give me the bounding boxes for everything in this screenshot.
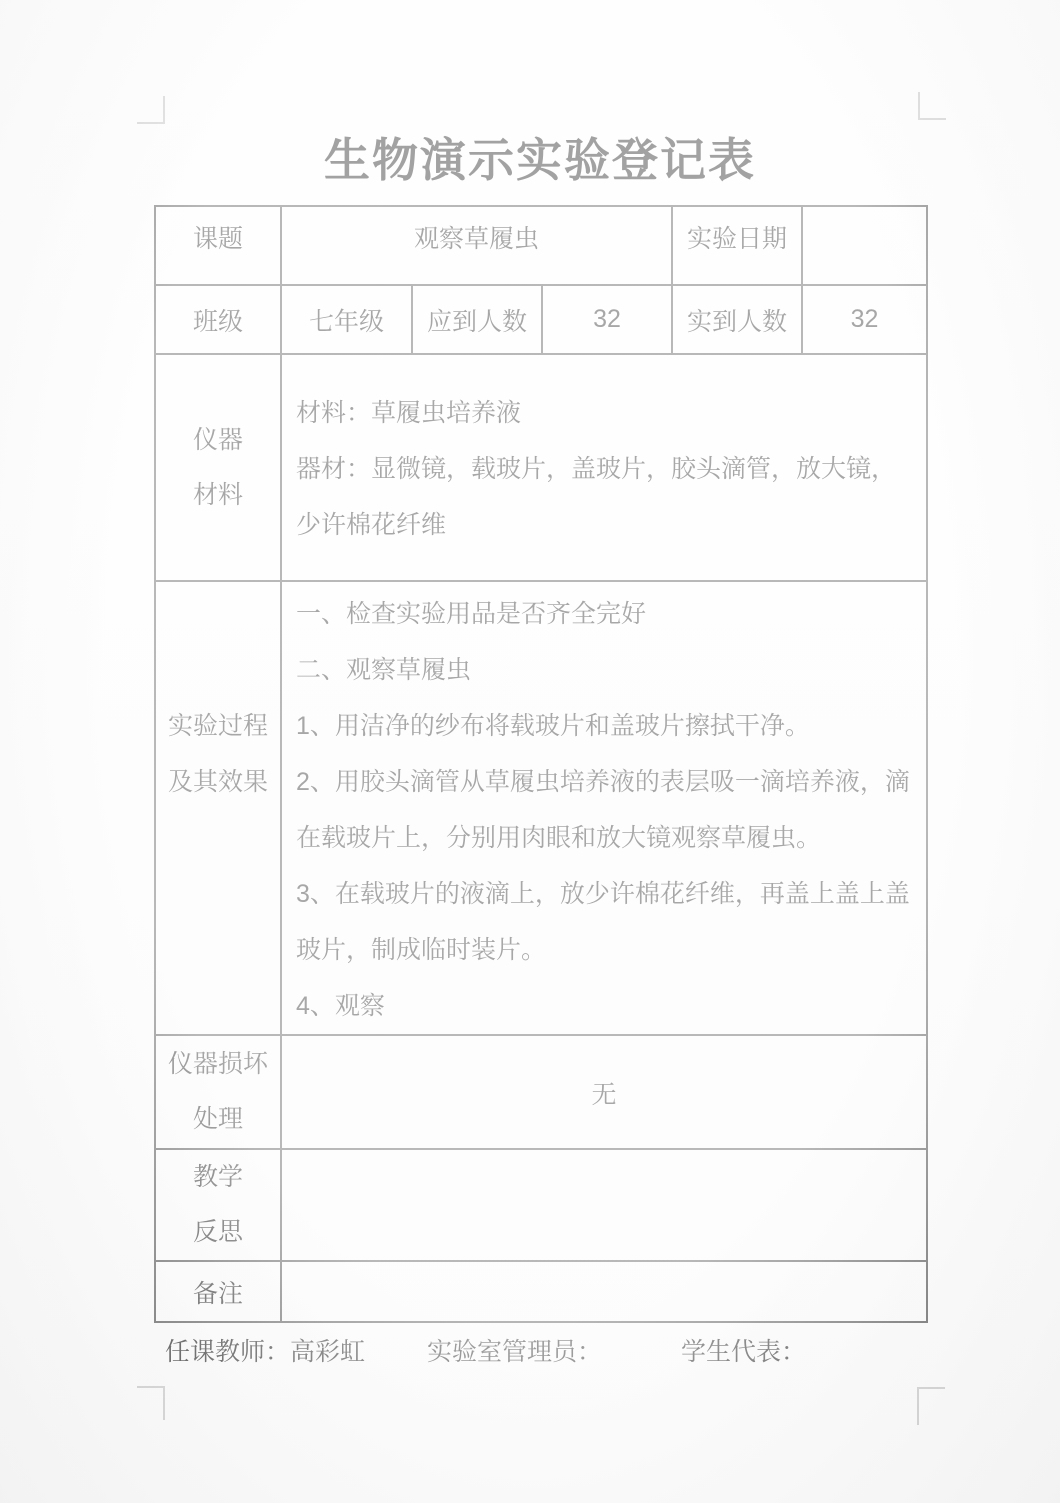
margin-crop-mark-bottom-right xyxy=(917,1387,945,1425)
expected-count-value: 32 xyxy=(543,305,671,334)
topic-label: 课题 xyxy=(156,219,280,273)
margin-crop-mark-bottom-left xyxy=(137,1386,165,1420)
table-row-topic: 课题 观察草履虫 实验日期 xyxy=(155,206,927,285)
materials-line: 器材：显微镜，载玻片，盖玻片，胶头滴管，放大镜， xyxy=(296,441,916,497)
process-content-cell: 一、检查实验用品是否齐全完好 二、观察草履虫 1、用洁净的纱布将载玻片和盖玻片擦… xyxy=(281,581,927,1035)
margin-crop-mark-top-right xyxy=(918,92,946,120)
topic-value-cell: 观察草履虫 xyxy=(281,206,672,285)
process-label-cell: 实验过程 及其效果 xyxy=(155,581,281,1035)
reflection-content-cell xyxy=(281,1149,927,1261)
experiment-date-value xyxy=(803,237,926,255)
expected-count-value-cell: 32 xyxy=(542,285,672,354)
remarks-content-cell xyxy=(281,1261,927,1322)
class-label: 班级 xyxy=(156,302,280,338)
process-line: 2、用胶头滴管从草履虫培养液的表层吸一滴培养液，滴 xyxy=(296,754,916,810)
table-row-class: 班级 七年级 应到人数 32 实到人数 32 xyxy=(155,285,927,354)
materials-content-cell: 材料：草履虫培养液 器材：显微镜，载玻片，盖玻片，胶头滴管，放大镜， 少许棉花纤… xyxy=(281,354,927,581)
document-page: 生物演示实验登记表 课题 观察草履虫 实验日期 xyxy=(0,0,1060,1503)
actual-count-label: 实到人数 xyxy=(673,302,801,338)
topic-value: 观察草履虫 xyxy=(282,219,671,273)
table-row-remarks: 备注 xyxy=(155,1261,927,1322)
process-line: 1、用洁净的纱布将载玻片和盖玻片擦拭干净。 xyxy=(296,698,916,754)
process-line: 3、在载玻片的液滴上，放少许棉花纤维，再盖上盖上盖 xyxy=(296,866,916,922)
date-value-cell xyxy=(802,206,927,285)
process-line: 玻片，制成临时装片。 xyxy=(296,922,916,978)
expected-count-label: 应到人数 xyxy=(413,302,541,338)
experiment-registration-table: 课题 观察草履虫 实验日期 班级 七年级 应到人数 32 xyxy=(154,205,928,1323)
margin-crop-mark-top-left xyxy=(137,96,165,124)
reflection-label-cell: 教学 反思 xyxy=(155,1149,281,1261)
remarks-label: 备注 xyxy=(156,1274,280,1310)
class-value-cell: 七年级 xyxy=(281,285,412,354)
student-rep-signature-label: 学生代表： xyxy=(681,1338,806,1366)
process-line: 在载玻片上，分别用肉眼和放大镜观察草履虫。 xyxy=(296,810,916,866)
process-line: 二、观察草履虫 xyxy=(296,642,916,698)
materials-label: 仪器 材料 xyxy=(156,413,280,523)
damage-label-cell: 仪器损坏 处理 xyxy=(155,1035,281,1149)
topic-label-cell: 课题 xyxy=(155,206,281,285)
table-row-reflection: 教学 反思 xyxy=(155,1149,927,1261)
table-row-damage: 仪器损坏 处理 无 xyxy=(155,1035,927,1149)
damage-content-cell: 无 xyxy=(281,1035,927,1149)
process-line: 一、检查实验用品是否齐全完好 xyxy=(296,586,916,642)
table-row-process: 实验过程 及其效果 一、检查实验用品是否齐全完好 二、观察草履虫 1、用洁净的纱… xyxy=(155,581,927,1035)
class-value: 七年级 xyxy=(282,302,411,338)
materials-content: 材料：草履虫培养液 器材：显微镜，载玻片，盖玻片，胶头滴管，放大镜， 少许棉花纤… xyxy=(282,383,926,553)
damage-value: 无 xyxy=(282,1061,926,1123)
teacher-signature-label: 任课教师：高彩虹 xyxy=(165,1338,365,1366)
remarks-label-cell: 备注 xyxy=(155,1261,281,1322)
actual-count-value-cell: 32 xyxy=(802,285,927,354)
remarks-value xyxy=(282,1291,926,1293)
date-label-cell: 实验日期 xyxy=(672,206,802,285)
actual-count-value: 32 xyxy=(803,305,926,334)
materials-line: 少许棉花纤维 xyxy=(296,497,916,553)
table-row-materials: 仪器 材料 材料：草履虫培养液 器材：显微镜，载玻片，盖玻片，胶头滴管，放大镜，… xyxy=(155,354,927,581)
expected-count-label-cell: 应到人数 xyxy=(412,285,542,354)
damage-label: 仪器损坏 处理 xyxy=(156,1037,280,1147)
experiment-date-label: 实验日期 xyxy=(673,219,801,273)
signature-line: 任课教师：高彩虹 实验室管理员： 学生代表： xyxy=(165,1337,806,1367)
lab-manager-signature-label: 实验室管理员： xyxy=(427,1338,602,1366)
process-line: 4、观察 xyxy=(296,978,916,1034)
actual-count-label-cell: 实到人数 xyxy=(672,285,802,354)
materials-label-cell: 仪器 材料 xyxy=(155,354,281,581)
materials-line: 材料：草履虫培养液 xyxy=(296,385,916,441)
process-label: 实验过程 及其效果 xyxy=(156,698,280,918)
process-content: 一、检查实验用品是否齐全完好 二、观察草履虫 1、用洁净的纱布将载玻片和盖玻片擦… xyxy=(282,582,926,1034)
class-label-cell: 班级 xyxy=(155,285,281,354)
page-title: 生物演示实验登记表 xyxy=(154,131,926,189)
reflection-value xyxy=(282,1204,926,1206)
reflection-label: 教学 反思 xyxy=(156,1150,280,1260)
